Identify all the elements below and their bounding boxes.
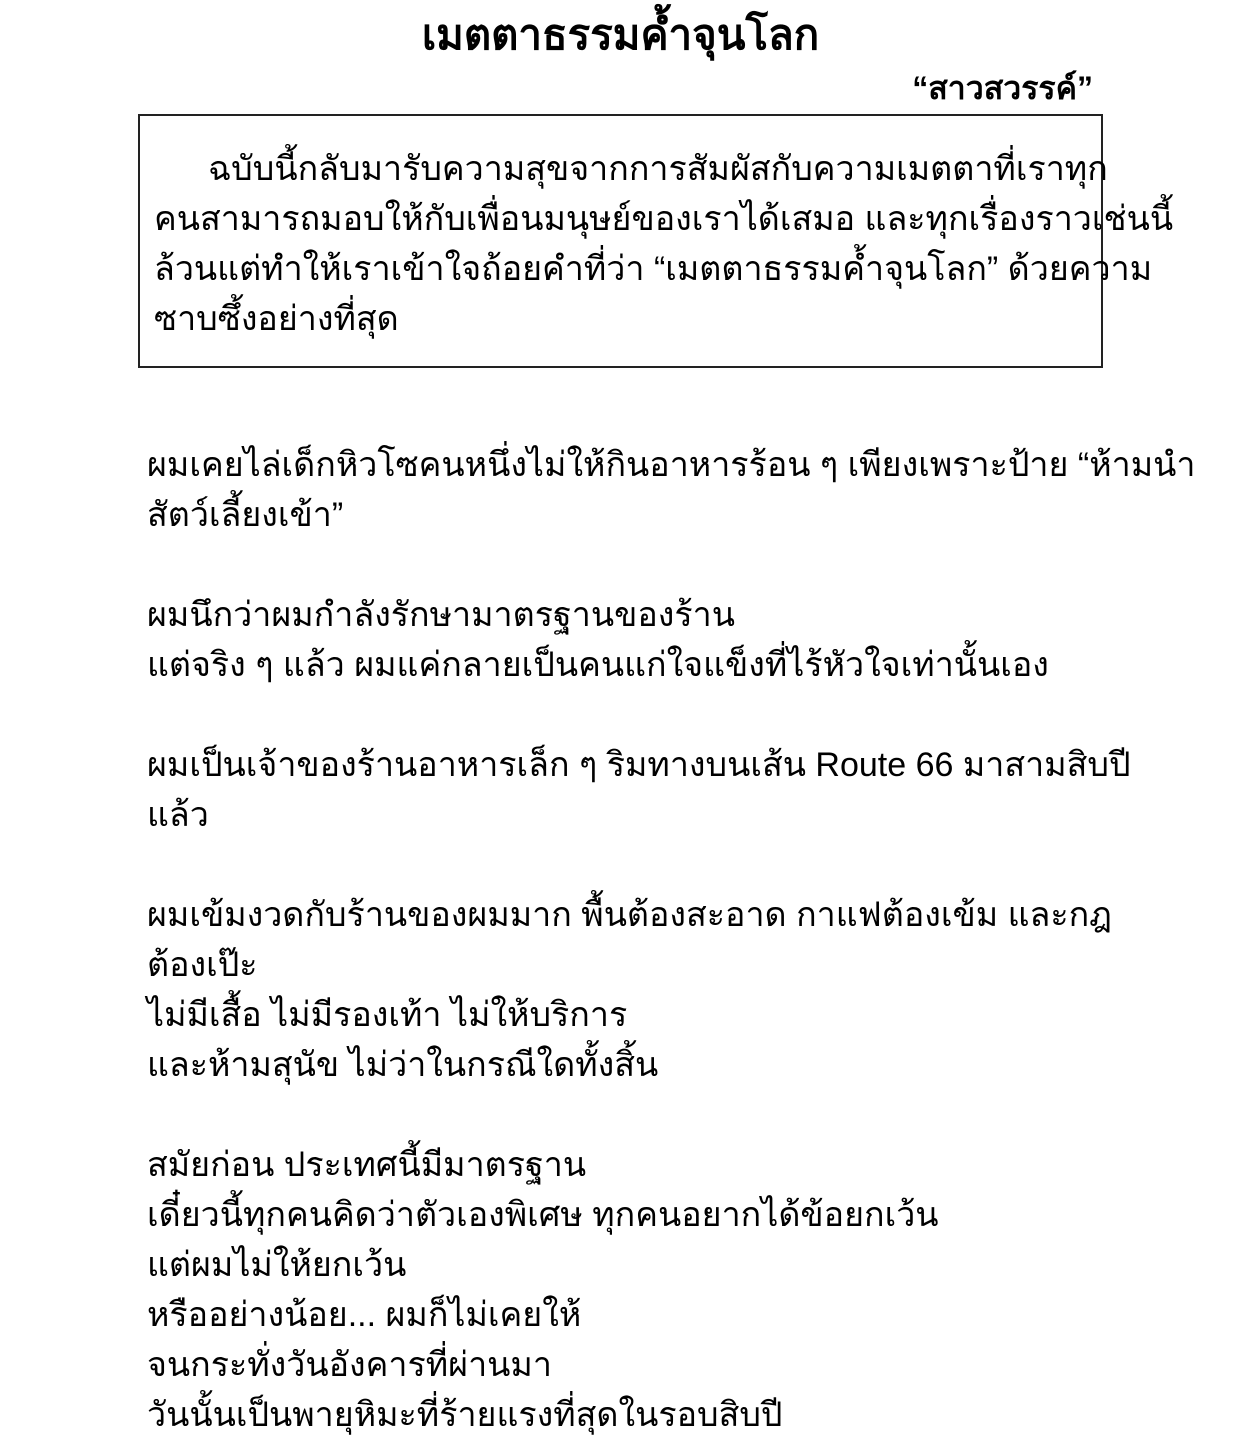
- text-line: ผมเป็นเจ้าของร้านอาหารเล็ก ๆ ริมทางบนเส้…: [147, 740, 1103, 790]
- text-line: ซาบซึ้งอย่างที่สุด: [154, 294, 1087, 344]
- author-byline: “สาวสวรรค์”: [138, 68, 1103, 108]
- text-line: สัตว์เลี้ยงเข้า”: [147, 490, 1103, 540]
- body-text: ผมเคยไล่เด็กหิวโซคนหนึ่งไม่ให้กินอาหารร้…: [138, 440, 1103, 1435]
- paragraph: ผมนึกว่าผมกำลังรักษามาตรฐานของร้านแต่จริ…: [147, 590, 1103, 690]
- text-line: แต่ผมไม่ให้ยกเว้น: [147, 1240, 1103, 1290]
- text-line: จนกระทั่งวันอังคารที่ผ่านมา: [147, 1340, 1103, 1390]
- text-line: วันนั้นเป็นพายุหิมะที่ร้ายแรงที่สุดในรอบ…: [147, 1390, 1103, 1435]
- text-line: ไม่มีเสื้อ ไม่มีรองเท้า ไม่ให้บริการ: [147, 990, 1103, 1040]
- paragraph: ผมเข้มงวดกับร้านของผมมาก พื้นต้องสะอาด ก…: [147, 890, 1103, 1090]
- text-line: แต่จริง ๆ แล้ว ผมแค่กลายเป็นคนแก่ใจแข็งท…: [147, 640, 1103, 690]
- intro-box: ฉบับนี้กลับมารับความสุขจากการสัมผัสกับคว…: [138, 114, 1103, 368]
- text-line: ต้องเป๊ะ: [147, 940, 1103, 990]
- text-line: แล้ว: [147, 790, 1103, 840]
- text-line: ผมนึกว่าผมกำลังรักษามาตรฐานของร้าน: [147, 590, 1103, 640]
- text-line: และห้ามสุนัข ไม่ว่าในกรณีใดทั้งสิ้น: [147, 1040, 1103, 1090]
- text-line: ฉบับนี้กลับมารับความสุขจากการสัมผัสกับคว…: [154, 144, 1087, 194]
- paragraph: ผมเคยไล่เด็กหิวโซคนหนึ่งไม่ให้กินอาหารร้…: [147, 440, 1103, 540]
- page-title: เมตตาธรรมค้ำจุนโลก: [138, 8, 1103, 62]
- text-line: สมัยก่อน ประเทศนี้มีมาตรฐาน: [147, 1140, 1103, 1190]
- paragraph: สมัยก่อน ประเทศนี้มีมาตรฐานเดี๋ยวนี้ทุกค…: [147, 1140, 1103, 1435]
- intro-box-text: ฉบับนี้กลับมารับความสุขจากการสัมผัสกับคว…: [154, 144, 1087, 344]
- document-page: เมตตาธรรมค้ำจุนโลก “สาวสวรรค์” ฉบับนี้กล…: [138, 8, 1103, 1435]
- text-line: ล้วนแต่ทำให้เราเข้าใจถ้อยคำที่ว่า “เมตตา…: [154, 244, 1087, 294]
- text-line: ผมเคยไล่เด็กหิวโซคนหนึ่งไม่ให้กินอาหารร้…: [147, 440, 1103, 490]
- text-line: คนสามารถมอบให้กับเพื่อนมนุษย์ของเราได้เส…: [154, 194, 1087, 244]
- text-line: เดี๋ยวนี้ทุกคนคิดว่าตัวเองพิเศษ ทุกคนอยา…: [147, 1190, 1103, 1240]
- paragraph: ผมเป็นเจ้าของร้านอาหารเล็ก ๆ ริมทางบนเส้…: [147, 740, 1103, 840]
- text-line: ผมเข้มงวดกับร้านของผมมาก พื้นต้องสะอาด ก…: [147, 890, 1103, 940]
- text-line: หรืออย่างน้อย... ผมก็ไม่เคยให้: [147, 1290, 1103, 1340]
